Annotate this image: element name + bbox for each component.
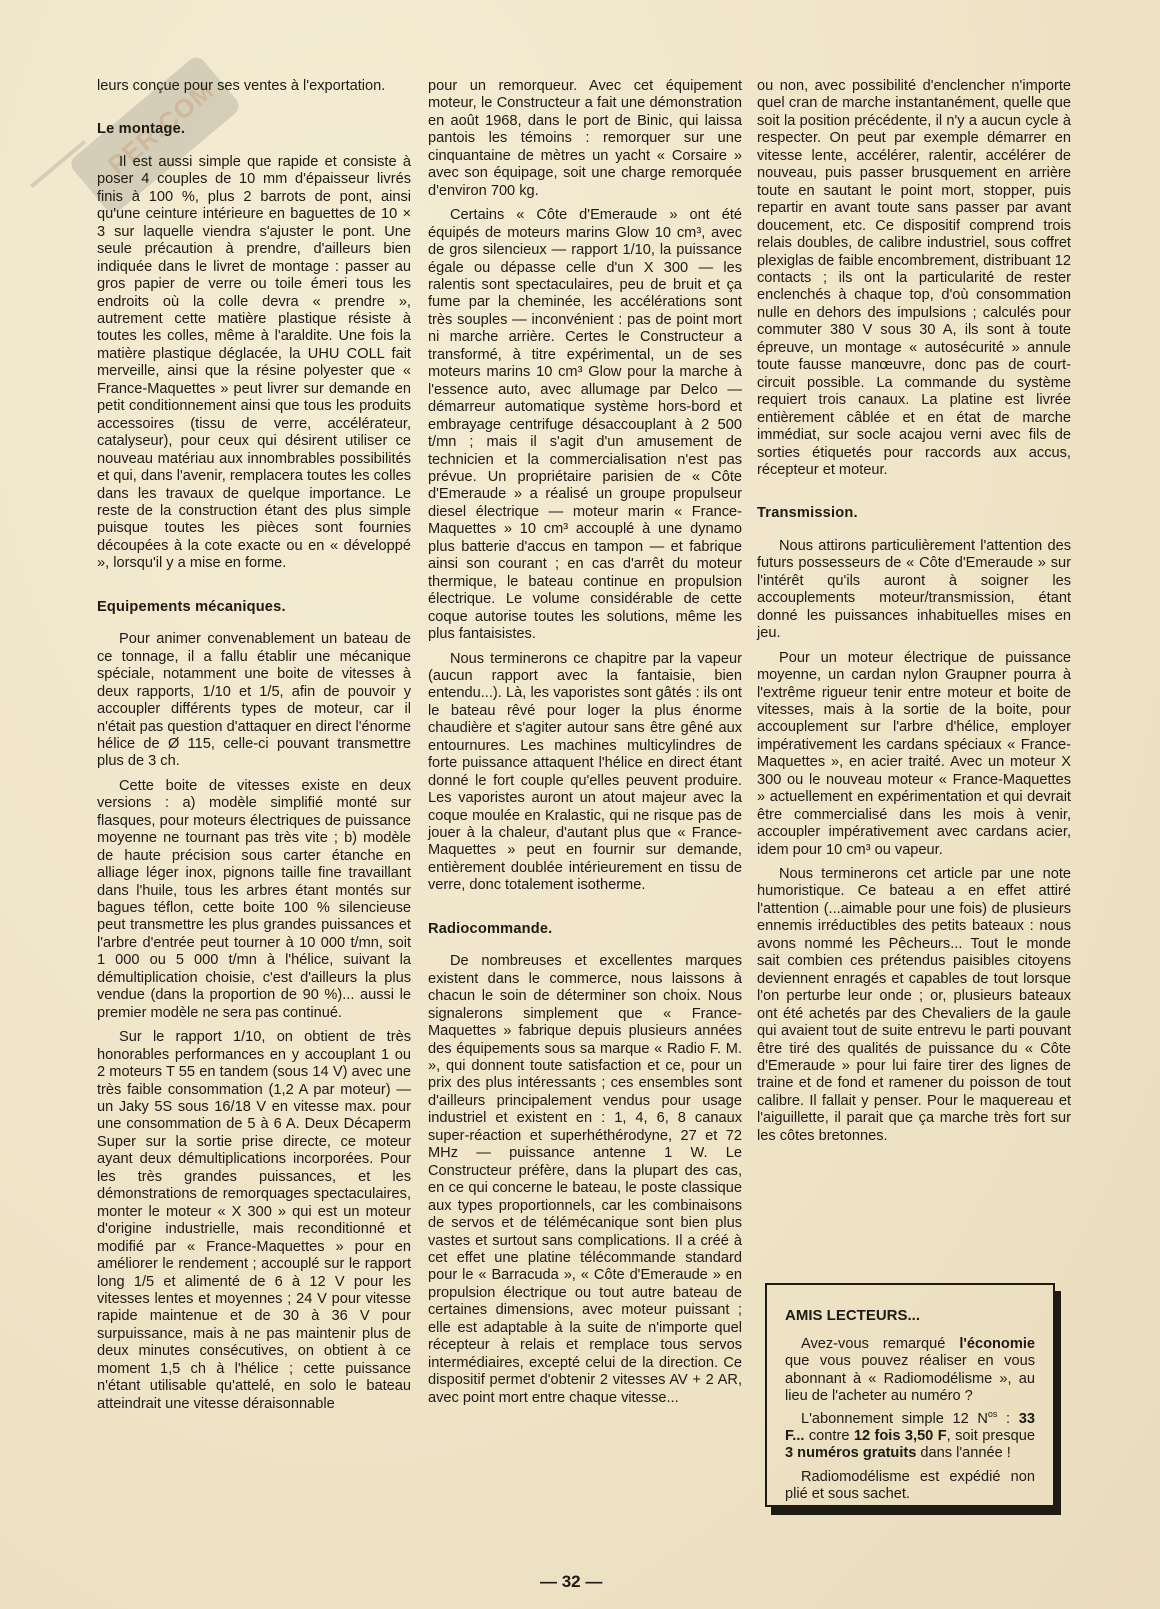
superscript: os — [988, 1409, 998, 1419]
paragraph: De nombreuses et excellentes marques exi… — [428, 953, 742, 1407]
text: Avez-vous remarqué — [801, 1336, 959, 1352]
paragraph: Pour animer convenablement un bateau de … — [97, 631, 411, 771]
text: , soit presque — [947, 1428, 1035, 1444]
emphasis: l'économie — [959, 1336, 1035, 1352]
paragraph: pour un remorqueur. Avec cet équipement … — [428, 78, 742, 200]
text: L'abonnement simple 12 N — [801, 1411, 988, 1427]
page-number: — 32 — — [540, 1572, 602, 1592]
heading-transmission: Transmission. — [757, 505, 1071, 522]
magazine-page: PER.COM leurs conçue pour ses ventes à l… — [0, 0, 1160, 1609]
text: dans l'année ! — [916, 1445, 1010, 1461]
subscription-box: AMIS LECTEURS... Avez-vous remarqué l'éc… — [765, 1283, 1055, 1507]
box-paragraph-price: L'abonnement simple 12 Nos : 33 F... con… — [785, 1411, 1035, 1463]
box-paragraph-shipping: Radiomodélisme est expédié non plié et s… — [785, 1469, 1035, 1503]
paragraph: Cette boite de vitesses existe en deux v… — [97, 778, 411, 1022]
paragraph: Sur le rapport 1/10, on obtient de très … — [97, 1029, 411, 1413]
column-1: leurs conçue pour ses ventes à l'exporta… — [97, 78, 411, 1420]
column-3: ou non, avec possibilité d'enclencher n'… — [757, 78, 1071, 1152]
paragraph: Certains « Côte d'Emeraude » ont été équ… — [428, 207, 742, 643]
heading-equipements-mecaniques: Equipements mécaniques. — [97, 599, 411, 616]
paragraph: Nous attirons particulièrement l'attenti… — [757, 538, 1071, 643]
paragraph: Pour un moteur électrique de puissance m… — [757, 650, 1071, 859]
intro-paragraph: leurs conçue pour ses ventes à l'exporta… — [97, 78, 411, 95]
column-2: pour un remorqueur. Avec cet équipement … — [428, 78, 742, 1414]
paragraph: Nous terminerons cet article par une not… — [757, 866, 1071, 1145]
free-issues: 3 numéros gratuits — [785, 1445, 916, 1461]
paragraph: Nous terminerons ce chapitre par la vape… — [428, 651, 742, 895]
text: : — [997, 1411, 1018, 1427]
box-paragraph-economy: Avez-vous remarqué l'économie que vous p… — [785, 1336, 1035, 1405]
text: que vous pouvez réaliser en vous abonnan… — [785, 1353, 1035, 1403]
paragraph: ou non, avec possibilité d'enclencher n'… — [757, 78, 1071, 479]
box-title: AMIS LECTEURS... — [785, 1307, 1035, 1324]
heading-montage: Le montage. — [97, 121, 411, 138]
paragraph: Il est aussi simple que rapide et consis… — [97, 154, 411, 573]
compare-price: 12 fois 3,50 F — [854, 1428, 947, 1444]
text: contre — [804, 1428, 853, 1444]
heading-radiocommande: Radiocommande. — [428, 921, 742, 938]
